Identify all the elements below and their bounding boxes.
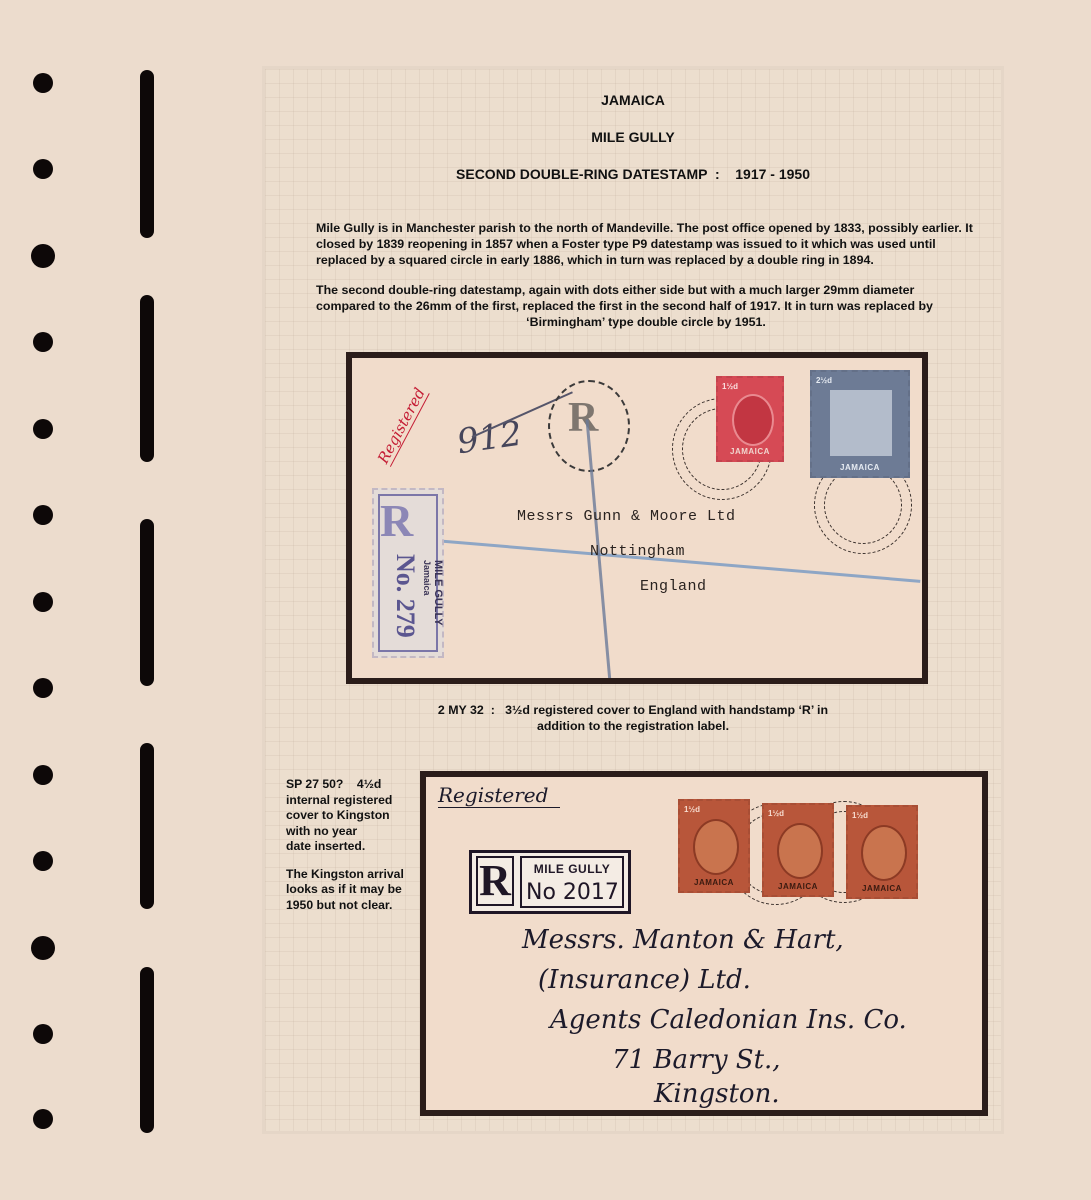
caption-line: looks as if it may be (286, 882, 416, 898)
registration-country: Jamaica (422, 560, 432, 596)
caption-line: internal registered (286, 793, 416, 809)
punch-hole (31, 936, 55, 960)
registration-number: No 2017 (526, 880, 619, 905)
address-line: (Insurance) Ltd. (538, 965, 751, 995)
cover-1-caption: 2 MY 32 : 3½d registered cover to Englan… (262, 702, 1004, 734)
registration-label: R MILE GULLY Jamaica No. 279 (372, 488, 444, 658)
address-line: Agents Caledonian Ins. Co. (550, 1005, 907, 1035)
caption-line: with no year (286, 824, 416, 840)
registration-label: R MILE GULLY No 2017 (469, 850, 631, 914)
cover-2: Registered R MILE GULLY No 2017 1½d JAMA… (426, 777, 982, 1110)
caption-line: date inserted. (286, 839, 416, 855)
punch-hole (33, 73, 53, 93)
intro-paragraph-2: The second double-ring datestamp, again … (316, 282, 976, 330)
stamp-portrait (732, 394, 774, 446)
registration-office: MILE GULLY (522, 862, 622, 876)
punch-hole (33, 419, 53, 439)
cover-1: Registered 912 R R MILE GULLY Jamaica No… (352, 358, 922, 678)
stamp-portrait (693, 819, 739, 875)
caption-line: addition to the registration label. (537, 719, 729, 733)
stamp-vignette (830, 390, 892, 456)
page-subtitle: MILE GULLY (262, 129, 1004, 145)
address-line: Messrs Gunn & Moore Ltd (517, 508, 736, 525)
binder-slot (140, 743, 154, 909)
intro-paragraph-2-line: The second double-ring datestamp, again … (316, 283, 914, 297)
binder-slot (140, 295, 154, 462)
stamp: 1½d JAMAICA (846, 805, 918, 899)
page-title: JAMAICA (262, 92, 1004, 108)
stamp: 1½d JAMAICA (762, 803, 834, 897)
stamp-portrait (777, 823, 823, 879)
binder-slot (140, 967, 154, 1133)
caption-line: cover to Kingston (286, 808, 416, 824)
punch-hole (33, 332, 53, 352)
binder-slot (140, 519, 154, 686)
stamp: 1½d JAMAICA (716, 376, 784, 462)
stamp: 2½d JAMAICA (810, 370, 910, 478)
intro-paragraph-2-line: ‘Birmingham’ type double circle by 1951. (316, 314, 976, 330)
punch-hole (33, 851, 53, 871)
punch-hole (33, 765, 53, 785)
binder-slot (140, 70, 154, 238)
page-heading: SECOND DOUBLE-RING DATESTAMP : 1917 - 19… (262, 166, 1004, 182)
registration-letter: R (380, 494, 413, 547)
punch-hole (33, 592, 53, 612)
stamp-portrait (861, 825, 907, 881)
stamp: 1½d JAMAICA (678, 799, 750, 893)
address-line: Kingston. (654, 1079, 780, 1109)
caption-line: 1950 but not clear. (286, 898, 416, 914)
address-line: Nottingham (590, 543, 685, 560)
registration-number: No. 279 (390, 554, 420, 638)
cover-2-caption: SP 27 50? 4½d internal registered cover … (286, 777, 416, 913)
manuscript-registered: Registered (374, 385, 430, 467)
address-line: Messrs. Manton & Hart, (522, 925, 844, 955)
manuscript-registered: Registered (438, 783, 560, 808)
punch-hole (33, 505, 53, 525)
punch-hole (33, 159, 53, 179)
caption-line: The Kingston arrival (286, 867, 416, 883)
intro-paragraph-2-line: compared to the 26mm of the first, repla… (316, 299, 933, 313)
punch-hole (33, 1024, 53, 1044)
address-line: 71 Barry St., (612, 1045, 781, 1075)
caption-line: SP 27 50? 4½d (286, 777, 416, 793)
punch-hole (33, 678, 53, 698)
punch-hole (31, 244, 55, 268)
punch-hole (33, 1109, 53, 1129)
registration-office: MILE GULLY (432, 560, 444, 626)
intro-paragraph-1: Mile Gully is in Manchester parish to th… (316, 220, 976, 268)
address-line: England (640, 578, 707, 595)
manuscript-number: 912 (455, 414, 525, 463)
registration-letter: R (476, 856, 514, 906)
caption-line: 2 MY 32 : 3½d registered cover to Englan… (438, 703, 828, 717)
